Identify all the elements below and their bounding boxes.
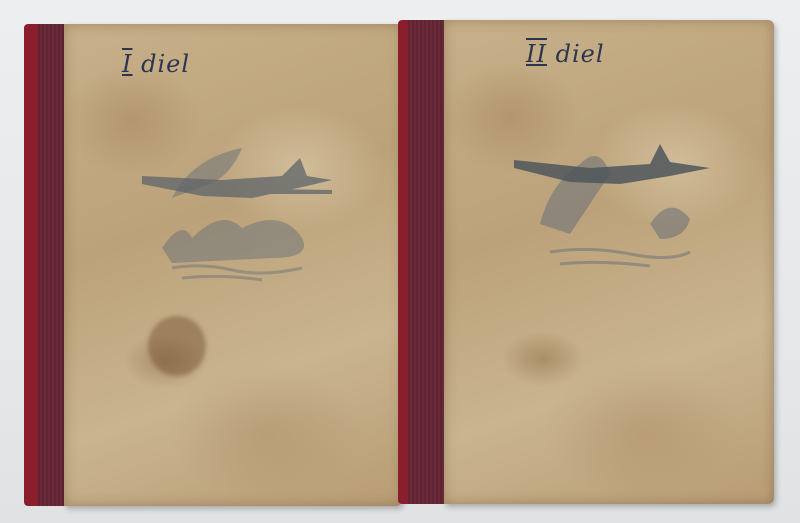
book-volume-2: II diel <box>398 20 774 504</box>
volume-numeral: II <box>526 40 547 68</box>
volume-word: diel <box>141 50 190 78</box>
plane-illustration <box>132 128 352 288</box>
volume-label: II diel <box>526 40 605 68</box>
spine-cloth <box>408 20 444 504</box>
volume-numeral: I <box>122 50 132 78</box>
book-volume-1: I diel <box>24 24 402 506</box>
volume-word: diel <box>556 40 605 68</box>
volume-label: I diel <box>122 50 190 78</box>
cover: I diel <box>64 24 402 506</box>
spine-cloth <box>38 24 66 506</box>
cover: II diel <box>444 20 774 504</box>
plane-illustration <box>510 124 720 274</box>
stain <box>148 316 206 376</box>
